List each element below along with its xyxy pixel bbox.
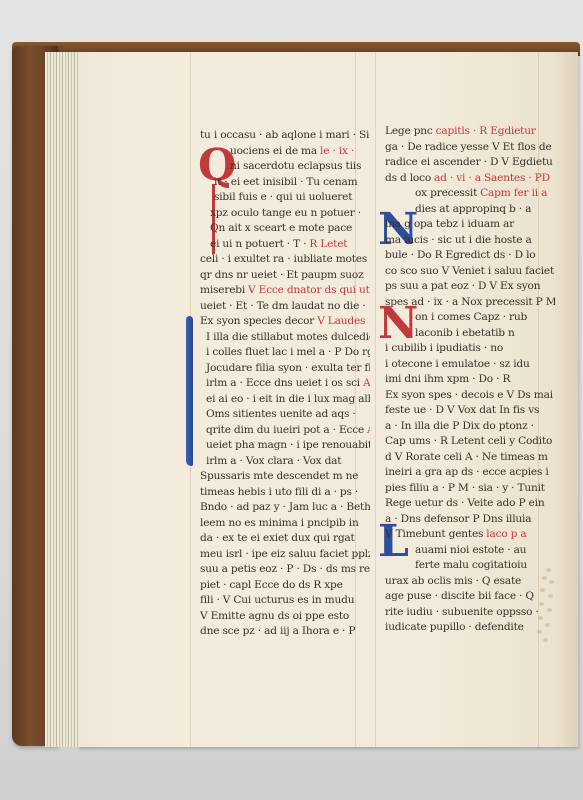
line-text: urax ab oclis mis · Q esate: [385, 575, 521, 587]
text-line: on i comes Capz · rub: [385, 310, 555, 326]
line-text: piet · capl Ecce do ds R xpe: [200, 579, 343, 591]
text-line: feste ue · D V Vox dat In fis vs: [385, 403, 555, 419]
text-line: Qn ait x sceart e mote pace: [200, 221, 370, 237]
line-text: Oms sitientes uenite ad aqs ·: [206, 408, 356, 420]
text-line: age puse · discite bii face · Q: [385, 589, 555, 605]
rubric-text: V Laudes: [317, 315, 365, 327]
text-line: suu a petis eoz · P · Ds · ds ms re: [200, 562, 370, 578]
text-line: ei ai eo · i eit in die i lux mag alla: [200, 392, 370, 408]
text-line: timeas hebis i uto fili di a · ps ·: [200, 485, 370, 501]
illuminated-initial-i: [186, 316, 193, 466]
text-line: xpz oculo tange eu n potuer ·: [200, 206, 370, 222]
line-text: iudicate pupillo · defendite: [385, 621, 524, 633]
text-line: auami nioi estote · au: [385, 543, 555, 559]
line-text: d V Rorate celi A · Ne timeas m: [385, 451, 548, 463]
rubric-text: A: [363, 377, 370, 389]
line-text: imi dni ihm xpm · Do · R: [385, 373, 510, 385]
page-block-edges: [45, 52, 80, 747]
text-line: Ex syon species decorV Laudes: [200, 314, 370, 330]
line-text: pies filiu a · P M · sia · y · Tunit: [385, 482, 545, 494]
rubric-text: Capm fer ii a: [480, 187, 547, 199]
text-line: qr dns nr ueiet · Et paupm suoz: [200, 268, 370, 284]
line-text: I illa die stillabut motes dulcedie: [206, 331, 370, 343]
text-line: imi dni ihm xpm · Do · R: [385, 372, 555, 388]
line-text: leem no es minima i pncipib in: [200, 517, 359, 529]
text-line: spes ad · ix · a Nox precessit P Mi: [385, 295, 555, 311]
text-line: rite iudiu · subuenite oppsso ·: [385, 605, 555, 621]
text-line: ox precessitCapm fer ii a: [385, 186, 555, 202]
text-line: fili · V Cui ucturus es in mudu: [200, 593, 370, 609]
text-line: i otecone i emulatoe · sz idu: [385, 357, 555, 373]
text-line: tu i occasu · ab aqlone i mari · Sic: [200, 128, 370, 144]
line-text: sibil fuis e · qui ui uolueret: [214, 191, 352, 203]
text-line: da · ex te ei exiet dux qui rgat: [200, 531, 370, 547]
line-text: timeas hebis i uto fili di a · ps ·: [200, 486, 358, 498]
line-text: ei ai eo · i eit in die i lux mag alla: [206, 393, 370, 405]
rubric-text: A: [367, 424, 370, 436]
line-text: V Emitte agnu ds oi ppe esto: [200, 610, 349, 622]
marginal-stain: [536, 568, 558, 648]
text-line: ga · De radice yesse V Et flos de: [385, 140, 555, 156]
text-line: ferte malu cogitatioiu: [385, 558, 555, 574]
line-text: fili · V Cui ucturus es in mudu: [200, 594, 354, 606]
text-line: I illa die stillabut motes dulcedie: [200, 330, 370, 346]
text-line: Rege uetur ds · Veite ado P ein: [385, 496, 555, 512]
text-line: ds d locoad · vi · a Saentes · PD: [385, 171, 555, 187]
rubric-text: capitls · R Egdietur: [436, 125, 536, 137]
line-text: ds d loco: [385, 172, 431, 184]
text-line: ma lucis · sic ut i die hoste a: [385, 233, 555, 249]
text-line: pies filiu a · P M · sia · y · Tunit: [385, 481, 555, 497]
text-line: leem no es minima i pncipib in: [200, 516, 370, 532]
line-text: da · ex te ei exiet dux qui rgat: [200, 532, 355, 544]
text-line: urax ab oclis mis · Q esate: [385, 574, 555, 590]
line-text: ma lucis · sic ut i die hoste a: [385, 234, 532, 246]
line-text: uociens ei de ma: [230, 145, 317, 157]
text-line: i colles fluet lac i mel a · P Do rga: [200, 345, 370, 361]
line-text: a · In illa die P Dix do ptonz ·: [385, 420, 534, 432]
line-text: Lege pnc: [385, 125, 433, 137]
line-text: ferte malu cogitatioiu: [415, 559, 527, 571]
text-line: laconib i ebetatib n: [385, 326, 555, 342]
line-text: i cubilib i ipudiatis · no: [385, 342, 503, 354]
text-line: bule · Do R Egredict ds · D lo: [385, 248, 555, 264]
line-text: spes ad · ix · a Nox precessit P Mi: [385, 296, 555, 308]
text-line: ineiri a gra ap ds · ecce acpies i: [385, 465, 555, 481]
line-text: bule · Do R Egredict ds · D lo: [385, 249, 535, 261]
line-text: Cap ums · R Letent celi y Codito: [385, 435, 552, 447]
text-line: sibil fuis e · qui ui uolueret: [200, 190, 370, 206]
text-line: V Emitte agnu ds oi ppe esto: [200, 609, 370, 625]
line-text: it · ei eet inisibil · Tu cenam: [214, 176, 357, 188]
line-text: V Timebunt gentes: [385, 528, 483, 540]
text-line: piet · capl Ecce do ds R xpe: [200, 578, 370, 594]
text-line: a · In illa die P Dix do ptonz ·: [385, 419, 555, 435]
text-line: uociens ei de male · ix ·: [200, 144, 370, 160]
line-text: irlm a · Vox clara · Vox dat: [206, 455, 341, 467]
line-text: ni sacerdotu eclapsus tiis: [230, 160, 361, 172]
line-text: Ex syon spes · decois e V Ds mai: [385, 389, 553, 401]
line-text: age puse · discite bii face · Q: [385, 590, 534, 602]
text-line: qrite dim du iueiri pot a · EcceA: [200, 423, 370, 439]
text-line: i cubilib i ipudiatis · no: [385, 341, 555, 357]
line-text: auami nioi estote · au: [415, 544, 526, 556]
line-text: i otecone i emulatoe · sz idu: [385, 358, 530, 370]
line-text: dies at appropinq b · a: [415, 203, 531, 215]
text-line: V Timebunt genteslaco p a: [385, 527, 555, 543]
line-text: radice ei ascender · D V Egdietu: [385, 156, 553, 168]
text-line: Bndo · ad paz y · Jam luc a · Beth: [200, 500, 370, 516]
line-text: ina g opa tebz i iduam ar: [385, 218, 514, 230]
line-text: qr dns nr ueiet · Et paupm suoz: [200, 269, 363, 281]
left-text-column: tu i occasu · ab aqlone i mari · Sicuoci…: [200, 128, 370, 640]
text-line: ina g opa tebz i iduam ar: [385, 217, 555, 233]
line-text: qrite dim du iueiri pot a · Ecce: [206, 424, 364, 436]
text-line: ni sacerdotu eclapsus tiis: [200, 159, 370, 175]
text-line: Ex syon spes · decois e V Ds mai: [385, 388, 555, 404]
text-line: a · Dns defensor P Dns illuia: [385, 512, 555, 528]
line-text: Ex syon species decor: [200, 315, 314, 327]
text-line: ps suu a pat eoz · D V Ex syon: [385, 279, 555, 295]
text-line: it · ei eet inisibil · Tu cenam: [200, 175, 370, 191]
ruling-line-vertical: [375, 52, 376, 747]
rubric-text: V Ecce dnator ds qui uture: [248, 284, 370, 296]
line-text: ueiet · Et · Te dm laudat no die ·: [200, 300, 365, 312]
line-text: xpz oculo tange eu n potuer ·: [210, 207, 361, 219]
text-line: d V Rorate celi A · Ne timeas m: [385, 450, 555, 466]
text-line: Jocudare filia syon · exulta ter fili: [200, 361, 370, 377]
line-text: ueiet pha magn · i ipe renouabit: [206, 439, 370, 451]
line-text: dne sce pz · ad iij a Ihora e · P: [200, 625, 355, 637]
text-line: celi · i exultet ra · iubliate motes lau…: [200, 252, 370, 268]
line-text: rite iudiu · subuenite oppsso ·: [385, 606, 539, 618]
text-line: dne sce pz · ad iij a Ihora e · P: [200, 624, 370, 640]
text-line: meu isrl · ipe eiz saluu faciet pplz: [200, 547, 370, 563]
text-line: iudicate pupillo · defendite: [385, 620, 555, 636]
line-text: ps suu a pat eoz · D V Ex syon: [385, 280, 540, 292]
text-line: Cap ums · R Letent celi y Codito: [385, 434, 555, 450]
line-text: ei ui n potuert · T ·: [210, 238, 306, 250]
rubric-text: le · ix ·: [320, 145, 354, 157]
line-text: ineiri a gra ap ds · ecce acpies i: [385, 466, 549, 478]
text-line: Spussaris mte descendet m ne: [200, 469, 370, 485]
line-text: suu a petis eoz · P · Ds · ds ms re: [200, 563, 370, 575]
line-text: laconib i ebetatib n: [415, 327, 515, 339]
text-line: ueiet pha magn · i ipe renouabit: [200, 438, 370, 454]
line-text: on i comes Capz · rub: [415, 311, 527, 323]
right-text-column: Lege pnccapitls · R Egdieturga · De radi…: [385, 124, 555, 636]
line-text: ga · De radice yesse V Et flos de: [385, 141, 552, 153]
line-text: irlm a · Ecce dns ueiet i os sci: [206, 377, 360, 389]
line-text: meu isrl · ipe eiz saluu faciet pplz: [200, 548, 370, 560]
rubric-text: ad · vi · a Saentes · PD: [434, 172, 550, 184]
text-line: miserebiV Ecce dnator ds qui uture: [200, 283, 370, 299]
text-line: irlm a · Vox clara · Vox dat: [200, 454, 370, 470]
line-text: Jocudare filia syon · exulta ter fili: [206, 362, 370, 374]
line-text: co sco suo V Veniet i saluu faciet: [385, 265, 554, 277]
line-text: feste ue · D V Vox dat In fis vs: [385, 404, 539, 416]
rubric-text: laco p a: [486, 528, 526, 540]
text-line: Lege pnccapitls · R Egdietur: [385, 124, 555, 140]
line-text: ox precessit: [415, 187, 477, 199]
text-line: co sco suo V Veniet i saluu faciet: [385, 264, 555, 280]
line-text: tu i occasu · ab aqlone i mari · Sic: [200, 129, 370, 141]
line-text: Qn ait x sceart e mote pace: [210, 222, 352, 234]
line-text: i colles fluet lac i mel a · P Do rga: [206, 346, 370, 358]
text-line: dies at appropinq b · a: [385, 202, 555, 218]
text-line: Oms sitientes uenite ad aqs ·: [200, 407, 370, 423]
text-line: radice ei ascender · D V Egdietu: [385, 155, 555, 171]
text-line: ei ui n potuert · T ·R Letet: [200, 237, 370, 253]
line-text: a · Dns defensor P Dns illuia: [385, 513, 531, 525]
line-text: Bndo · ad paz y · Jam luc a · Beth: [200, 501, 370, 513]
line-text: Spussaris mte descendet m ne: [200, 470, 358, 482]
line-text: celi · i exultet ra · iubliate motes lau…: [200, 253, 370, 265]
line-text: Rege uetur ds · Veite ado P ein: [385, 497, 544, 509]
rubric-text: R Letet: [309, 238, 347, 250]
text-line: ueiet · Et · Te dm laudat no die ·: [200, 299, 370, 315]
line-text: miserebi: [200, 284, 245, 296]
text-line: irlm a · Ecce dns ueiet i os sciA: [200, 376, 370, 392]
